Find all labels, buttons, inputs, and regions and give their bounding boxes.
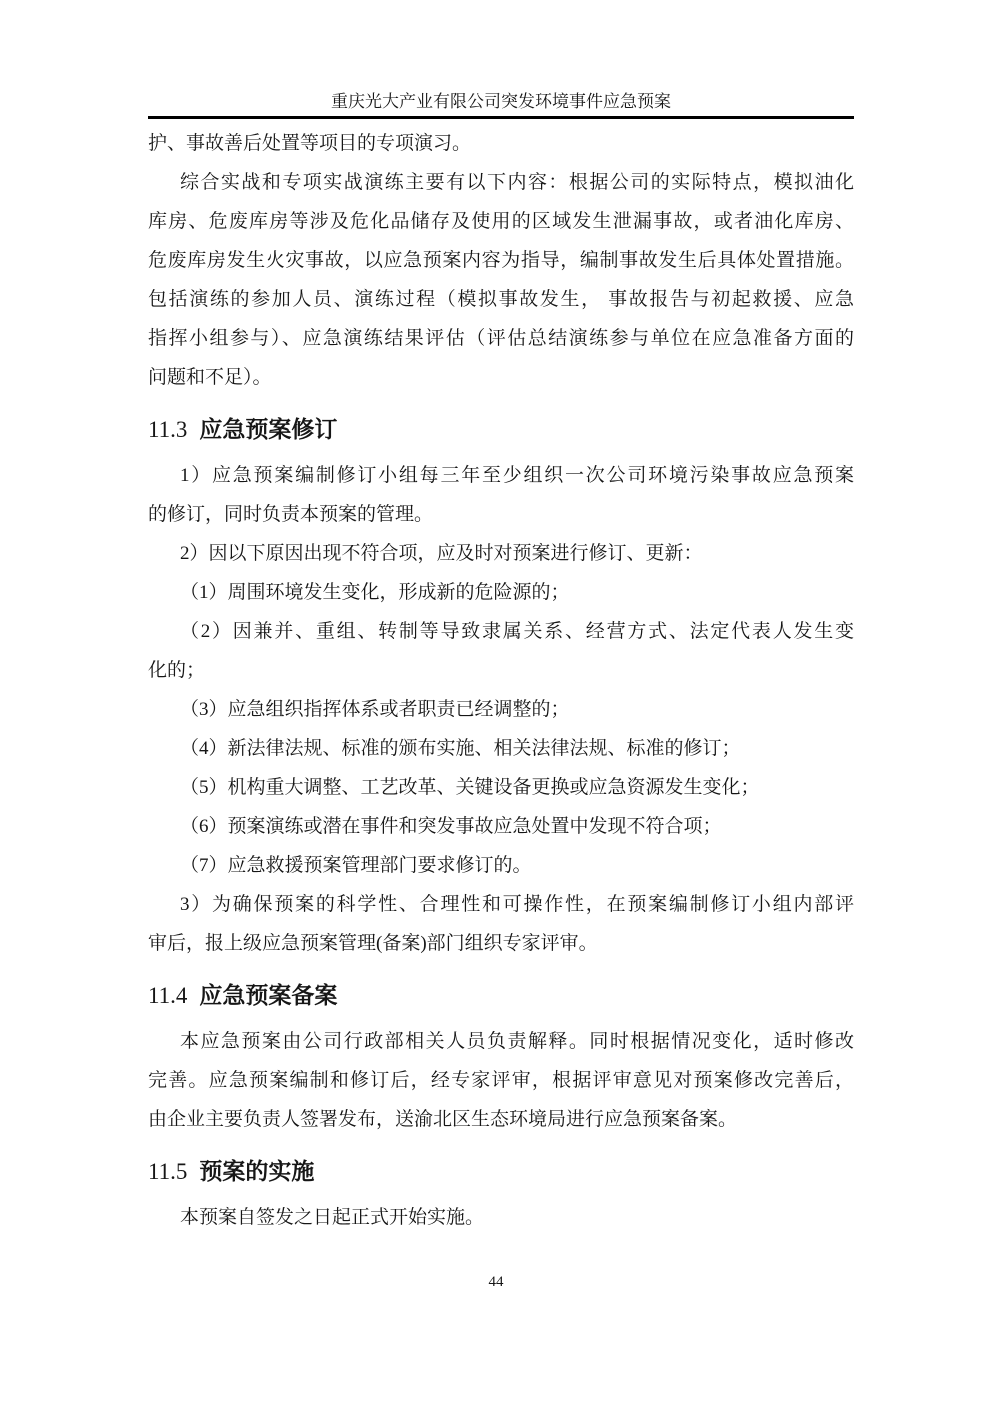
section-heading: 11.3应急预案修订 — [148, 409, 854, 450]
text-line: 库房、危废库房等涉及危化品储存及使用的区域发生泄漏事故，或者油化库房、 — [148, 202, 854, 241]
text-line: 3）为确保预案的科学性、合理性和可操作性，在预案编制修订小组内部评 — [148, 885, 854, 924]
text-line: （7）应急救援预案管理部门要求修订的。 — [148, 846, 854, 885]
section-heading: 11.4应急预案备案 — [148, 975, 854, 1016]
section-number: 11.3 — [148, 417, 187, 442]
text-line: 2）因以下原因出现不符合项，应及时对预案进行修订、更新： — [148, 534, 854, 573]
section-title: 预案的实施 — [199, 1158, 314, 1184]
text-line: 由企业主要负责人签署发布，送渝北区生态环境局进行应急预案备案。 — [148, 1100, 854, 1139]
header-title: 重庆光大产业有限公司突发环境事件应急预案 — [148, 0, 854, 113]
text-line: 本应急预案由公司行政部相关人员负责解释。同时根据情况变化，适时修改 — [148, 1022, 854, 1061]
text-line: 危废库房发生火灾事故，以应急预案内容为指导，编制事故发生后具体处置措施。 — [148, 241, 854, 280]
text-line: 指挥小组参与）、应急演练结果评估（评估总结演练参与单位在应急准备方面的 — [148, 319, 854, 358]
text-line: （5）机构重大调整、工艺改革、关键设备更换或应急资源发生变化； — [148, 768, 854, 807]
text-line: （6）预案演练或潜在事件和突发事故应急处置中发现不符合项； — [148, 807, 854, 846]
text-line: 的修订，同时负责本预案的管理。 — [148, 495, 854, 534]
page-footer: 44 — [0, 1272, 992, 1292]
page-number: 44 — [489, 1274, 504, 1290]
page-header: 重庆光大产业有限公司突发环境事件应急预案 — [148, 0, 854, 119]
text-line: 本预案自签发之日起正式开始实施。 — [148, 1198, 854, 1237]
header-rule — [148, 116, 854, 119]
text-line: 包括演练的参加人员、演练过程（模拟事故发生， 事故报告与初起救援、应急 — [148, 280, 854, 319]
text-line: （2）因兼并、重组、转制等导致隶属关系、经营方式、法定代表人发生变 — [148, 612, 854, 651]
section-title: 应急预案修订 — [199, 416, 337, 442]
text-line: 化的； — [148, 651, 854, 690]
text-line: （3）应急组织指挥体系或者职责已经调整的； — [148, 690, 854, 729]
section-number: 11.4 — [148, 983, 187, 1008]
document-content: 护、事故善后处置等项目的专项演习。综合实战和专项实战演练主要有以下内容：根据公司… — [148, 124, 854, 1237]
text-line: （1）周围环境发生变化，形成新的危险源的； — [148, 573, 854, 612]
text-line: 1）应急预案编制修订小组每三年至少组织一次公司环境污染事故应急预案 — [148, 456, 854, 495]
section-title: 应急预案备案 — [199, 982, 337, 1008]
text-line: （4）新法律法规、标准的颁布实施、相关法律法规、标准的修订； — [148, 729, 854, 768]
section-heading: 11.5预案的实施 — [148, 1151, 854, 1192]
document-page: 重庆光大产业有限公司突发环境事件应急预案 护、事故善后处置等项目的专项演习。综合… — [0, 0, 992, 1403]
section-number: 11.5 — [148, 1159, 187, 1184]
text-line: 完善。应急预案编制和修订后，经专家评审，根据评审意见对预案修改完善后， — [148, 1061, 854, 1100]
text-line: 护、事故善后处置等项目的专项演习。 — [148, 124, 854, 163]
text-line: 问题和不足）。 — [148, 358, 854, 397]
text-line: 审后，报上级应急预案管理(备案)部门组织专家评审。 — [148, 924, 854, 963]
text-line: 综合实战和专项实战演练主要有以下内容：根据公司的实际特点，模拟油化 — [148, 163, 854, 202]
